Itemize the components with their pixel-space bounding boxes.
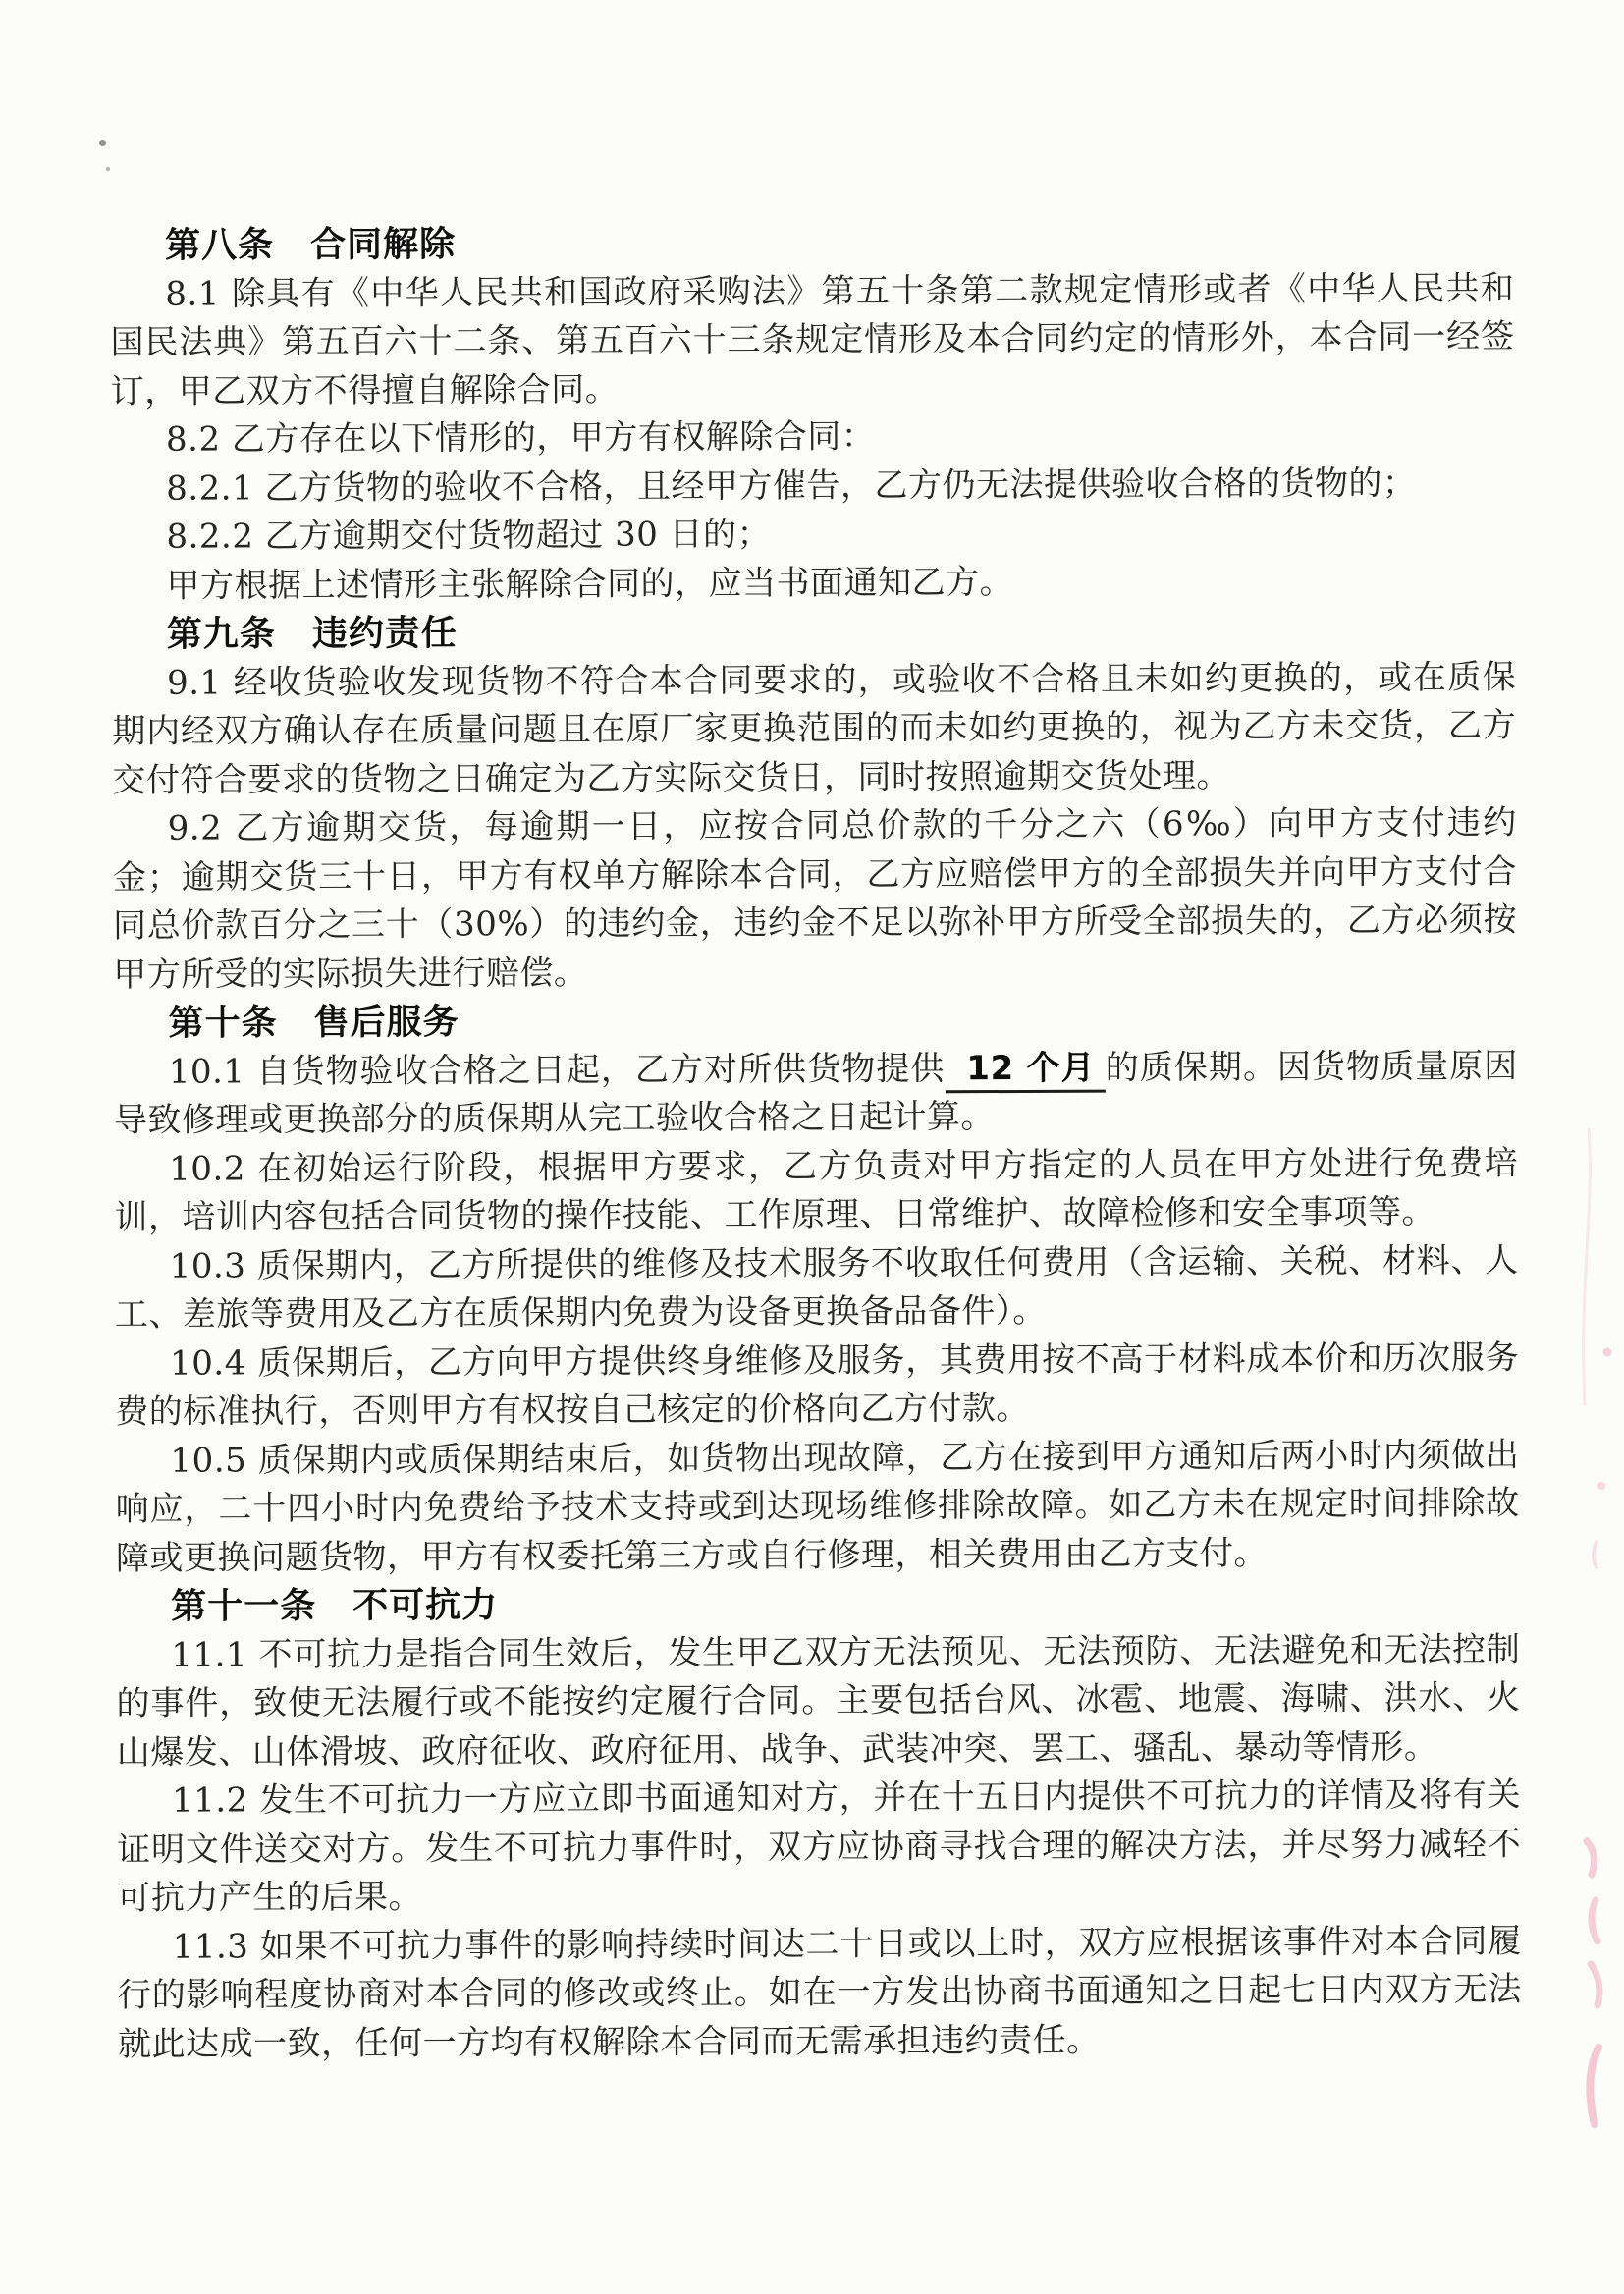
scan-speck bbox=[106, 167, 110, 171]
document-page: 第八条 合同解除 8.1 除具有《中华人民共和国政府采购法》第五十条第二款规定情… bbox=[0, 0, 1624, 2294]
paragraph: 8.2 乙方存在以下情形的，甲方有权解除合同： bbox=[111, 410, 1515, 465]
section-heading: 第十一条 不可抗力 bbox=[116, 1577, 1520, 1632]
paragraph: 11.1 不可抗力是指合同生效后，发生甲乙双方无法预见、无法预防、无法避免和无法… bbox=[116, 1625, 1521, 1777]
paragraph: 9.2 乙方逾期交货，每逾期一日，应按合同总价款的千分之六（6‰）向甲方支付违约… bbox=[113, 799, 1518, 1000]
contract-text-block: 第八条 合同解除 8.1 除具有《中华人民共和国政府采购法》第五十条第二款规定情… bbox=[110, 216, 1522, 2069]
section-article-8: 第八条 合同解除 8.1 除具有《中华人民共和国政府采购法》第五十条第二款规定情… bbox=[110, 216, 1516, 611]
paragraph: 10.2 在初始运行阶段，根据甲方要求，乙方负责对甲方指定的人员在甲方处进行免费… bbox=[114, 1139, 1518, 1242]
section-heading: 第十条 售后服务 bbox=[113, 994, 1517, 1049]
warranty-text-prefix: 10.1 自货物验收合格之日起，乙方对所供货物提供 bbox=[169, 1049, 946, 1091]
paragraph: 9.1 经收货验收发现货物不符合本合同要求的，或验收不合格且未如约更换的，或在质… bbox=[112, 653, 1517, 805]
section-article-11: 第十一条 不可抗力 11.1 不可抗力是指合同生效后，发生甲乙双方无法预见、无法… bbox=[116, 1577, 1522, 2069]
section-heading: 第九条 违约责任 bbox=[112, 605, 1516, 660]
section-article-9: 第九条 违约责任 9.1 经收货验收发现货物不符合本合同要求的，或验收不合格且未… bbox=[112, 605, 1518, 1000]
paragraph: 10.3 质保期内，乙方所提供的维修及技术服务不收取任何费用（含运输、关税、材料… bbox=[115, 1236, 1519, 1339]
paragraph: 11.3 如果不可抗力事件的影响持续时间达二十日或以上时，双方应根据该事件对本合… bbox=[118, 1917, 1523, 2069]
red-ink-bleed-marks bbox=[1512, 1080, 1624, 2219]
paragraph: 8.2.1 乙方货物的验收不合格，且经甲方催告，乙方仍无法提供验收合格的货物的； bbox=[111, 459, 1515, 514]
section-article-10: 第十条 售后服务 10.1 自货物验收合格之日起，乙方对所供货物提供12 个月的… bbox=[113, 994, 1520, 1583]
paragraph: 10.4 质保期后，乙方向甲方提供终身维修及服务，其费用按不高于材料成本价和历次… bbox=[115, 1334, 1519, 1437]
section-heading: 第八条 合同解除 bbox=[110, 216, 1514, 271]
paragraph: 8.1 除具有《中华人民共和国政府采购法》第五十条第二款规定情形或者《中华人民共… bbox=[110, 264, 1515, 416]
paragraph: 甲方根据上述情形主张解除合同的，应当书面通知乙方。 bbox=[112, 556, 1516, 611]
paragraph: 8.2.2 乙方逾期交付货物超过 30 日的； bbox=[111, 508, 1515, 563]
paragraph: 11.2 发生不可抗力一方应立即书面通知对方，并在十五日内提供不可抗力的详情及将… bbox=[117, 1772, 1522, 1924]
paragraph: 10.5 质保期内或质保期结束后，如货物出现故障，乙方在接到甲方通知后两小时内须… bbox=[115, 1431, 1520, 1583]
scan-speck bbox=[99, 140, 106, 146]
paragraph-warranty-period: 10.1 自货物验收合格之日起，乙方对所供货物提供12 个月的质保期。因货物质量… bbox=[114, 1042, 1518, 1145]
warranty-period-value: 12 个月 bbox=[945, 1048, 1106, 1093]
